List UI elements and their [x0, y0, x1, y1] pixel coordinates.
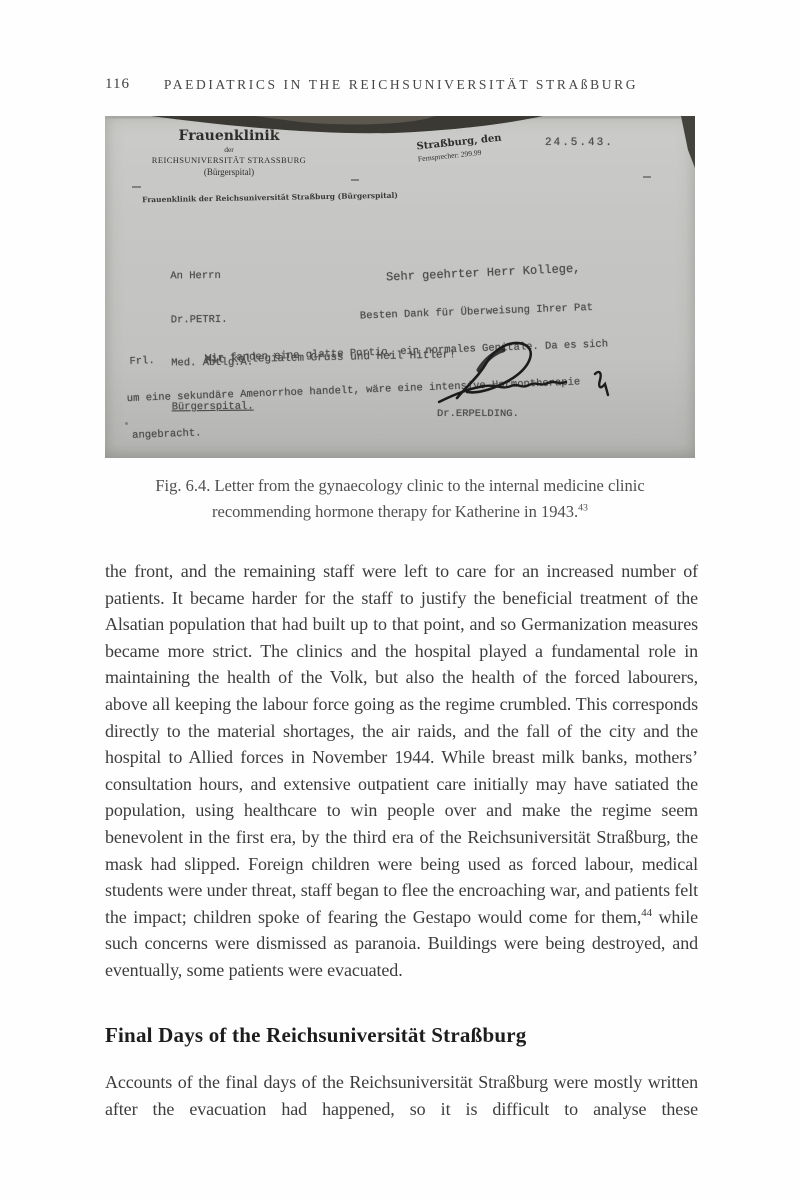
signature: [427, 340, 627, 412]
figure-caption: Fig. 6.4. Letter from the gynaecology cl…: [104, 473, 696, 525]
letterhead-stamp-line: Frauenklinik der Reichsuniversität Straß…: [135, 191, 405, 205]
letter-body-line: Besten Dank für Überweisung Ihrer Pat: [360, 298, 688, 322]
signatory-name: Dr.ERPELDING.: [437, 408, 519, 420]
caption-line-2: recommending hormone therapy for Katheri…: [104, 499, 696, 525]
section-heading: Final Days of the Reichsuniversität Stra…: [105, 1023, 698, 1048]
body-paragraph: the front, and the remaining staff were …: [105, 558, 698, 984]
letterhead-clinic-name: Frauenklinik: [149, 128, 309, 144]
running-header: 116 PAEDIATRICS IN THE REICHSUNIVERSITÄT…: [105, 76, 697, 94]
caption-line-1: Fig. 6.4. Letter from the gynaecology cl…: [104, 473, 696, 499]
letter-date: 24.5.43.: [545, 137, 614, 149]
letterhead-hospital: (Bürgerspital): [149, 167, 309, 177]
pencil-mark: [351, 179, 359, 181]
running-title: PAEDIATRICS IN THE REICHSUNIVERSITÄT STR…: [164, 77, 638, 93]
page-number: 116: [105, 76, 130, 93]
letterhead-block: Frauenklinik der REICHSUNIVERSITÄT STRAS…: [149, 128, 309, 177]
pencil-mark: [125, 422, 128, 425]
letter-body-line: angebracht.: [132, 410, 692, 443]
footnote-ref-44: 44: [641, 907, 652, 919]
letterhead-university: REICHSUNIVERSITÄT STRASSBURG: [149, 155, 309, 165]
recipient-line: An Herrn: [170, 269, 252, 284]
book-page: 116 PAEDIATRICS IN THE REICHSUNIVERSITÄT…: [0, 0, 800, 1200]
pencil-mark: [643, 176, 651, 178]
pencil-mark: [132, 186, 141, 188]
letter-photograph: Frauenklinik der REICHSUNIVERSITÄT STRAS…: [105, 116, 695, 458]
body-paragraph-2: Accounts of the final days of the Reichs…: [105, 1069, 698, 1122]
letterhead-der: der: [149, 145, 309, 154]
caption-footnote-ref: 43: [578, 503, 588, 514]
